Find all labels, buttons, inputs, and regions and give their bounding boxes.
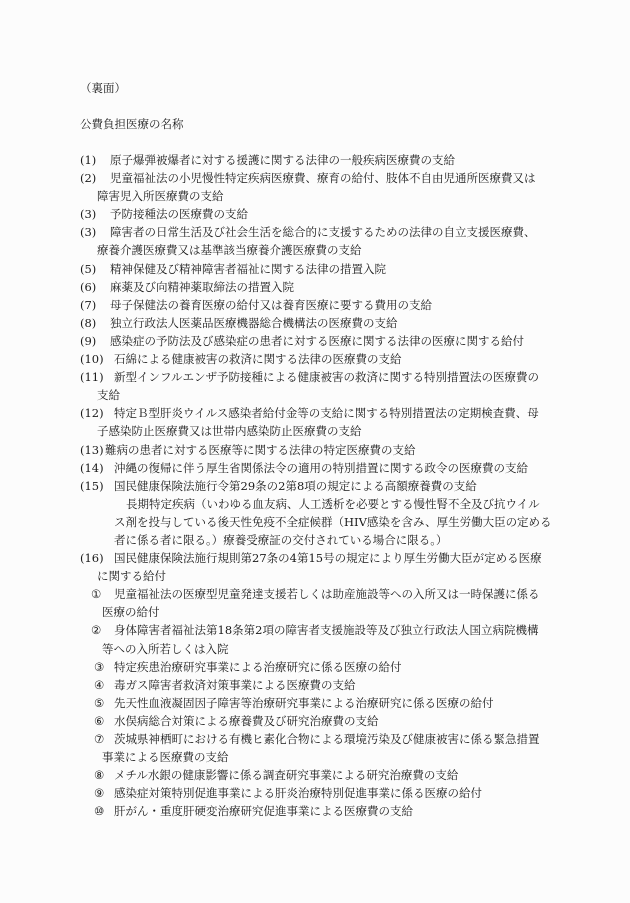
item-number: (15) (80, 477, 104, 495)
sub-item-text-continued: 事業による医療費の支給 (102, 748, 550, 766)
item-text: 国民健康保険法施行令第29条の2第8項の規定による高額療養費の支給 (114, 477, 550, 495)
sub-list-item: ⑩ 肝がん・重度肝硬変治療研究促進事業による医療費の支給 (80, 802, 550, 820)
sub-item-text: 茨城県神栖町における有機ヒ素化合物による環境汚染及び健康被害に係る緊急措置 (114, 730, 550, 748)
item-number: (12) (80, 404, 104, 422)
sub-list-item: ④ 毒ガス障害者救済対策事業による医療費の支給 (80, 676, 550, 694)
item-text: 障害者の日常生活及び社会生活を総合的に支援するための法律の自立支援医療費、 (110, 223, 550, 241)
item-number: (3) (80, 223, 96, 241)
sub-item-number: ② (91, 621, 101, 639)
sub-item-number: ③ (94, 658, 104, 676)
item-text: 予防接種法の医療費の支給 (110, 205, 550, 223)
note-text: 長期特定疾病（いわゆる血友病、人工透析を必要とする慢性腎不全及び抗ウイル (114, 495, 550, 513)
sub-item-text: 身体障害者福祉法第18条第2項の障害者支援施設等及び独立行政法人国立病院機構 (114, 621, 550, 639)
list-item: (10) 石綿による健康被害の救済に関する法律の医療費の支給 (80, 350, 550, 368)
list-item: (13) 難病の患者に対する医療等に関する法律の特定医療費の支給 (80, 441, 550, 459)
item-text: 難病の患者に対する医療等に関する法律の特定医療費の支給 (105, 441, 550, 459)
item-text: 精神保健及び精神障害者福祉に関する法律の措置入院 (110, 260, 550, 278)
item-number: (7) (80, 296, 96, 314)
sub-item-text: 特定疾患治療研究事業による治療研究に係る医療の給付 (114, 658, 550, 676)
sub-list-item: ⑦ 茨城県神栖町における有機ヒ素化合物による環境汚染及び健康被害に係る緊急措置 … (80, 730, 550, 766)
item-number: (14) (80, 459, 104, 477)
sub-item-text: 先天性血液凝固因子障害等治療研究事業による治療研究に係る医療の給付 (114, 694, 550, 712)
item-number: (9) (80, 332, 96, 350)
item-text: 沖縄の復帰に伴う厚生省関係法令の適用の特別措置に関する政令の医療費の支給 (114, 459, 550, 477)
item-text: 母子保健法の養育医療の給付又は養育医療に要する費用の支給 (110, 296, 550, 314)
item-text: 石綿による健康被害の救済に関する法律の医療費の支給 (114, 350, 550, 368)
list-item: (12) 特定Ｂ型肝炎ウイルス感染者給付金等の支給に関する特別措置法の定期検査費… (80, 404, 550, 440)
sub-item-text: 肝がん・重度肝硬変治療研究促進事業による医療費の支給 (114, 802, 550, 820)
list-item: (9) 感染症の予防法及び感染症の患者に対する医療に関する法律の医療に関する給付 (80, 332, 550, 350)
sub-item-text: 感染症対策特別促進事業による肝炎治療特別促進事業に係る医療の給付 (114, 784, 550, 802)
item-text-continued: 療養介護医療費又は基準該当療養介護医療費の支給 (97, 241, 550, 259)
item-text: 新型インフルエンザ予防接種による健康被害の救済に関する特別措置法の医療費の (114, 368, 550, 386)
list-item: (16) 国民健康保険法施行規則第27条の4第15号の規定により厚生労働大臣が定… (80, 549, 550, 585)
item-text-continued: 子感染防止医療費又は世帯内感染防止医療費の支給 (97, 422, 550, 440)
list-item: (3) 障害者の日常生活及び社会生活を総合的に支援するための法律の自立支援医療費… (80, 223, 550, 259)
sub-item-number: ⑤ (94, 694, 104, 712)
sub-list-item: ① 児童福祉法の医療型児童発達支援若しくは助産施設等への入所又は一時保護に係る … (80, 585, 550, 621)
sub-item-text: 水俣病総合対策による療養費及び研究治療費の支給 (114, 712, 550, 730)
sub-list-item: ② 身体障害者福祉法第18条第2項の障害者支援施設等及び独立行政法人国立病院機構… (80, 621, 550, 657)
sub-item-text-continued: 等への入所若しくは入院 (102, 640, 550, 658)
list-item: (8) 独立行政法人医薬品医療機器総合機構法の医療費の支給 (80, 314, 550, 332)
item-text-continued: に関する給付 (97, 567, 550, 585)
list-item: (15) 国民健康保険法施行令第29条の2第8項の規定による高額療養費の支給 長… (80, 477, 550, 549)
sub-list-item: ⑧ メチル水銀の健康影響に係る調査研究事業による研究治療費の支給 (80, 766, 550, 784)
sub-list-item: ⑤ 先天性血液凝固因子障害等治療研究事業による治療研究に係る医療の給付 (80, 694, 550, 712)
sub-item-number: ⑦ (94, 730, 104, 748)
sub-list-item: ③ 特定疾患治療研究事業による治療研究に係る医療の給付 (80, 658, 550, 676)
item-number: (8) (80, 314, 96, 332)
note-text: ス剤を投与している後天性免疫不全症候群（HIV感染を含み、厚生労働大臣の定める (114, 513, 550, 531)
item-text-continued: 障害児入所医療費の支給 (97, 187, 550, 205)
sub-item-text-continued: 医療の給付 (102, 603, 550, 621)
list-item: (2) 児童福祉法の小児慢性特定疾病医療費、療育の給付、肢体不自由児通所医療費又… (80, 169, 550, 205)
document-page: （裏面） 公費負担医療の名称 (1) 原子爆弾被爆者に対する援護に関する法律の一… (0, 0, 630, 903)
reverse-side-label: （裏面） (80, 80, 126, 96)
sub-item-text: 毒ガス障害者救済対策事業による医療費の支給 (114, 676, 550, 694)
item-number: (11) (80, 368, 104, 386)
public-expense-medical-list: (1) 原子爆弾被爆者に対する援護に関する法律の一般疾病医療費の支給 (2) 児… (80, 151, 550, 820)
item-number: (5) (80, 260, 96, 278)
list-item: (1) 原子爆弾被爆者に対する援護に関する法律の一般疾病医療費の支給 (80, 151, 550, 169)
item-number: (10) (80, 350, 104, 368)
sub-item-text: メチル水銀の健康影響に係る調査研究事業による研究治療費の支給 (114, 766, 550, 784)
sub-list-item: ⑥ 水俣病総合対策による療養費及び研究治療費の支給 (80, 712, 550, 730)
item-note: 長期特定疾病（いわゆる血友病、人工透析を必要とする慢性腎不全及び抗ウイル ス剤を… (80, 495, 550, 549)
list-item: (3) 予防接種法の医療費の支給 (80, 205, 550, 223)
item-text: 国民健康保険法施行規則第27条の4第15号の規定により厚生労働大臣が定める医療 (114, 549, 550, 567)
note-text: 者に係る者に限る。）療養受療証の交付されている場合に限る。） (114, 531, 550, 549)
item-text: 児童福祉法の小児慢性特定疾病医療費、療育の給付、肢体不自由児通所医療費又は (110, 169, 550, 187)
item-number: (6) (80, 278, 96, 296)
item-text: 特定Ｂ型肝炎ウイルス感染者給付金等の支給に関する特別措置法の定期検査費、母 (114, 404, 550, 422)
item-text: 独立行政法人医薬品医療機器総合機構法の医療費の支給 (110, 314, 550, 332)
sub-item-number: ① (91, 585, 101, 603)
list-item: (14) 沖縄の復帰に伴う厚生省関係法令の適用の特別措置に関する政令の医療費の支… (80, 459, 550, 477)
item-number: (13) (80, 441, 104, 459)
item-text-continued: 支給 (97, 386, 550, 404)
list-item: (5) 精神保健及び精神障害者福祉に関する法律の措置入院 (80, 260, 550, 278)
item-number: (2) (80, 169, 96, 187)
sub-item-number: ⑨ (94, 784, 104, 802)
item-number: (1) (80, 151, 96, 169)
sub-item-text: 児童福祉法の医療型児童発達支援若しくは助産施設等への入所又は一時保護に係る (114, 585, 550, 603)
item-text: 原子爆弾被爆者に対する援護に関する法律の一般疾病医療費の支給 (110, 151, 550, 169)
item-text: 麻薬及び向精神薬取締法の措置入院 (110, 278, 550, 296)
sub-list-item: ⑨ 感染症対策特別促進事業による肝炎治療特別促進事業に係る医療の給付 (80, 784, 550, 802)
list-item: (7) 母子保健法の養育医療の給付又は養育医療に要する費用の支給 (80, 296, 550, 314)
section-title: 公費負担医療の名称 (80, 116, 184, 132)
item-number: (3) (80, 205, 96, 223)
item-text: 感染症の予防法及び感染症の患者に対する医療に関する法律の医療に関する給付 (110, 332, 550, 350)
sub-item-number: ⑩ (94, 802, 104, 820)
list-item: (11) 新型インフルエンザ予防接種による健康被害の救済に関する特別措置法の医療… (80, 368, 550, 404)
sub-item-number: ⑧ (94, 766, 104, 784)
list-item: (6) 麻薬及び向精神薬取締法の措置入院 (80, 278, 550, 296)
sub-item-number: ④ (94, 676, 104, 694)
item-number: (16) (80, 549, 104, 567)
sub-item-number: ⑥ (94, 712, 104, 730)
